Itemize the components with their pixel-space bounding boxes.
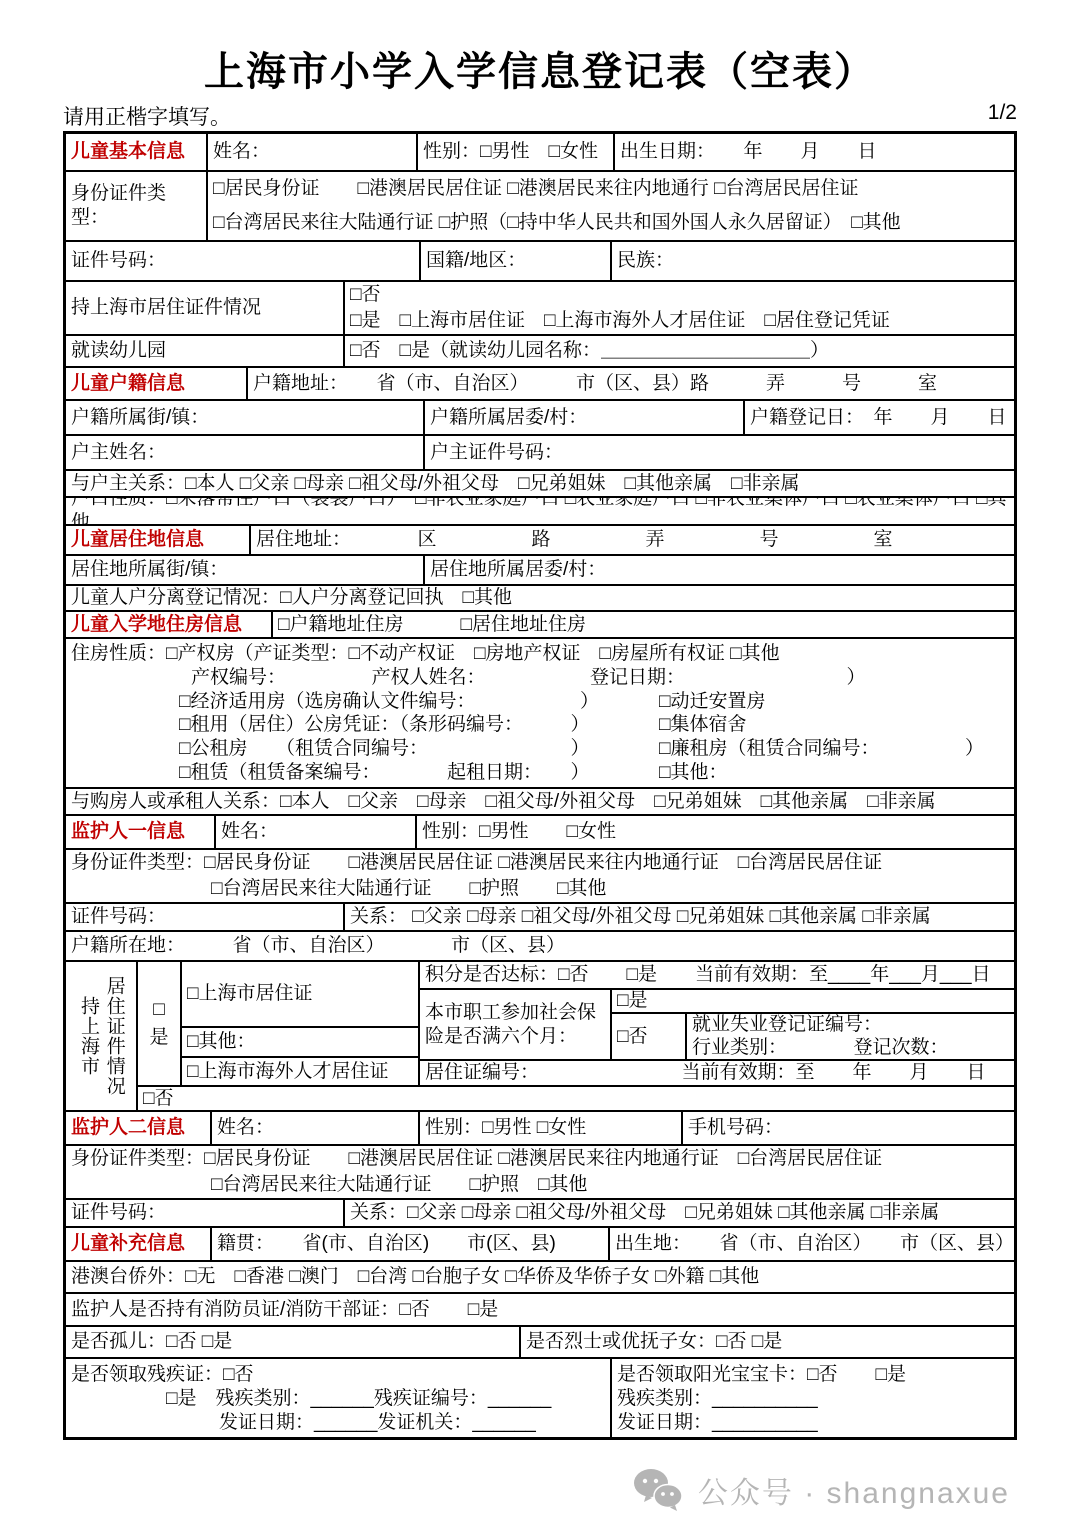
- guardian2-relation-cell: 关系：□父亲 □母亲 □祖父母/外祖父母 □兄弟姐妹 □其他亲属 □非亲属: [343, 1200, 1014, 1226]
- guardian2-idtype-line1: 身份证件类型：□居民身份证 □港澳居民居住证 □港澳居民来往内地通行证 □台湾居…: [71, 1147, 882, 1171]
- guardian1-name-cell: 姓名：: [214, 816, 415, 848]
- hukou-regdate-cell: 户籍登记日： 年 月 日: [743, 401, 1014, 434]
- section-basic-label: 儿童基本信息: [66, 134, 206, 170]
- residence-separation-cell: 儿童人户分离登记情况：□人户分离登记回执 □其他: [66, 586, 1014, 610]
- hukou-type-cell: 户口性质：□未落常住户口（袋袋户口） □非农业家庭户口 □农业家庭户口 □非农业…: [66, 498, 1014, 524]
- basic-name-cell: 姓名：: [206, 134, 416, 170]
- hukou-head-id-cell: 户主证件号码：: [423, 436, 1014, 469]
- guardian1-social-yes: □是: [612, 990, 1014, 1012]
- guardian1-hukou-location-cell: 户籍所在地： 省（市、自治区） 市（区、县）: [66, 932, 1014, 960]
- watermark-text: 公众号 · shangnaxue: [698, 1468, 1010, 1512]
- housing-line6-right: □其他：: [659, 761, 727, 785]
- form-sheet: 上海市小学入学信息登记表（空表） 请用正楷字填写。 1/2 儿童基本信息 姓名：…: [0, 0, 1080, 1527]
- guardian1-permit-opt-shanghai: □上海市居住证: [182, 962, 418, 1026]
- section-housing-label: 儿童入学地住房信息: [66, 612, 271, 637]
- section-supplement-label: 儿童补充信息: [66, 1228, 210, 1260]
- housing-relation-cell: 与购房人或承租人关系：□本人 □父亲 □母亲 □祖父母/外祖父母 □兄弟姐妹 □…: [66, 789, 1014, 814]
- hukou-street-cell: 户籍所属街/镇：: [66, 401, 423, 434]
- guardian1-permit-opt-other: □其他：: [182, 1026, 418, 1056]
- housing-line4-right: □集体宿舍: [659, 713, 746, 737]
- section-residence-label: 儿童居住地信息: [66, 526, 249, 554]
- supplement-overseas-cell: 港澳台侨外：□无 □香港 □澳门 □台湾 □台胞子女 □华侨及华侨子女 □外籍 …: [66, 1262, 1014, 1292]
- guardian1-permit-score-row: 积分是否达标：□否 □是 当前有效期：至____年___月___日: [420, 962, 1014, 988]
- page-title: 上海市小学入学信息登记表（空表）: [0, 40, 1080, 97]
- housing-line6-left: □租赁（租赁备案编号： 起租日期： ）: [179, 761, 659, 785]
- section-guardian2-label: 监护人二信息: [66, 1112, 210, 1144]
- basic-birthdate-cell: 出生日期： 年 月 日: [613, 134, 1014, 170]
- basic-nationality-cell: 国籍/地区：: [419, 242, 610, 280]
- housing-line2: 产权编号： 产权人姓名： 登记日期： ）: [71, 666, 866, 690]
- housing-line1: 住房性质：□产权房（产证类型：□不动产权证 □房地产权证 □房屋所有权证 □其他: [71, 642, 780, 666]
- guardian1-idtype-line2: □台湾居民来往大陆通行证 □护照 □其他: [71, 877, 606, 901]
- supplement-disability-cell: 是否领取残疾证：□否 □是 残疾类别：______残疾证编号：______ 发证…: [66, 1359, 610, 1437]
- basic-idtype-line1: □居民身份证 □港澳居民居住证 □港澳居民来往内地通行 □台湾居民居住证: [213, 177, 858, 201]
- guardian1-employment-cell: 就业失业登记证编号： 行业类别： 登记次数：: [685, 1014, 1014, 1059]
- fill-instruction: 请用正楷字填写。: [63, 101, 231, 131]
- guardian2-idnumber-cell: 证件号码：: [66, 1200, 343, 1226]
- guardian1-permit-vertical-label: 持上海市 居住证件情况: [66, 962, 136, 1110]
- housing-line5-right: □廉租房（租赁合同编号： ）: [659, 737, 984, 761]
- guardian1-idtype-line1: 身份证件类型：□居民身份证 □港澳居民居住证 □港澳居民来往内地通行证 □台湾居…: [71, 851, 882, 875]
- basic-idtype-line2: □台湾居民来往大陆通行证 □护照（□持中华人民共和国外国人永久居留证） □其他: [213, 211, 901, 235]
- hukou-head-name-cell: 户主姓名：: [66, 436, 423, 469]
- guardian2-name-cell: 姓名：: [210, 1112, 418, 1144]
- supplement-origin-cell: 籍贯： 省(市、自治区) 市(区、县): [210, 1228, 608, 1260]
- section-guardian1-label: 监护人一信息: [66, 816, 214, 848]
- hukou-address-cell: 户籍地址： 省（市、自治区） 市（区、县）路 弄 号 室: [246, 368, 1014, 399]
- page-number: 1/2: [988, 101, 1017, 131]
- registration-table: 儿童基本信息 姓名： 性别：□男性 □女性 出生日期： 年 月 日 身份证件类型…: [63, 131, 1017, 1440]
- basic-idtype-label: 身份证件类型：: [66, 172, 206, 240]
- guardian1-relation-cell: 关系： □父亲 □母亲 □祖父母/外祖父母 □兄弟姐妹 □其他亲属 □非亲属: [343, 904, 1014, 930]
- hukou-relation-cell: 与户主关系：□本人 □父亲 □母亲 □祖父母/外祖父母 □兄弟姐妹 □其他亲属 …: [66, 471, 1014, 496]
- housing-top-options: □户籍地址住房 □居住地址住房: [271, 612, 1014, 637]
- housing-line3-left: □经济适用房（选房确认文件编号： ）: [179, 690, 659, 714]
- wechat-icon: [632, 1468, 684, 1512]
- guardian1-permit-opt-talent: □上海市海外人才居住证: [182, 1056, 418, 1085]
- supplement-firefighter-cell: 监护人是否持有消防员证/消防干部证：□否 □是: [66, 1294, 1014, 1325]
- basic-permit-no-option: □否: [350, 283, 380, 307]
- supplement-birthplace-cell: 出生地： 省（市、自治区） 市（区、县）: [608, 1228, 1014, 1260]
- guardian2-phone-cell: 手机号码：: [681, 1112, 1014, 1144]
- guardian1-permit-no-row: □否: [138, 1085, 1014, 1110]
- housing-line5-left: □公租房 （租赁合同编号： ）: [179, 737, 659, 761]
- residence-committee-cell: 居住地所属居委/村：: [423, 556, 1014, 584]
- guardian1-permit-yes-cell: □ 是: [138, 962, 180, 1085]
- residence-address-cell: 居住地址： 区 路 弄 号 室: [249, 526, 1014, 554]
- basic-ethnicity-cell: 民族：: [610, 242, 1014, 280]
- residence-street-cell: 居住地所属街/镇：: [66, 556, 423, 584]
- guardian1-permit-number-row: 居住证编号： 当前有效期：至 年 月 日: [420, 1059, 1014, 1085]
- guardian2-idtype-line2: □台湾居民来往大陆通行证 □护照 □其他: [71, 1173, 587, 1197]
- section-hukou-label: 儿童户籍信息: [66, 368, 246, 399]
- housing-line3-right: □动迁安置房: [659, 690, 765, 714]
- watermark: 公众号 · shangnaxue: [632, 1468, 1010, 1512]
- guardian1-idnumber-cell: 证件号码：: [66, 904, 343, 930]
- hukou-committee-cell: 户籍所属居委/村：: [423, 401, 743, 434]
- kindergarten-label: 就读幼儿园: [66, 336, 343, 366]
- basic-gender-cell: 性别：□男性 □女性: [416, 134, 613, 170]
- kindergarten-options: □否 □是（就读幼儿园名称：＿＿＿＿＿＿＿＿＿＿＿）: [343, 336, 1014, 366]
- guardian1-gender-cell: 性别：□男性 □女性: [415, 816, 1014, 848]
- basic-permit-label: 持上海市居住证件情况: [66, 282, 343, 334]
- basic-permit-yes-options: □是 □上海市居住证 □上海市海外人才居住证 □居住登记凭证: [350, 309, 890, 333]
- supplement-martyr-cell: 是否烈士或优抚子女：□否 □是: [519, 1327, 1014, 1357]
- supplement-sunshine-cell: 是否领取阳光宝宝卡：□否 □是 残疾类别：__________ 发证日期：___…: [610, 1359, 1014, 1437]
- guardian2-gender-cell: 性别：□男性 □女性: [418, 1112, 681, 1144]
- guardian1-social-question: 本市职工参加社会保险是否满六个月：: [420, 990, 610, 1059]
- basic-idnumber-cell: 证件号码：: [66, 242, 419, 280]
- supplement-orphan-cell: 是否孤儿：□否 □是: [66, 1327, 519, 1357]
- housing-line4-left: □租用（居住）公房凭证：（条形码编号： ）: [179, 713, 659, 737]
- guardian1-social-no: □否: [612, 1014, 685, 1059]
